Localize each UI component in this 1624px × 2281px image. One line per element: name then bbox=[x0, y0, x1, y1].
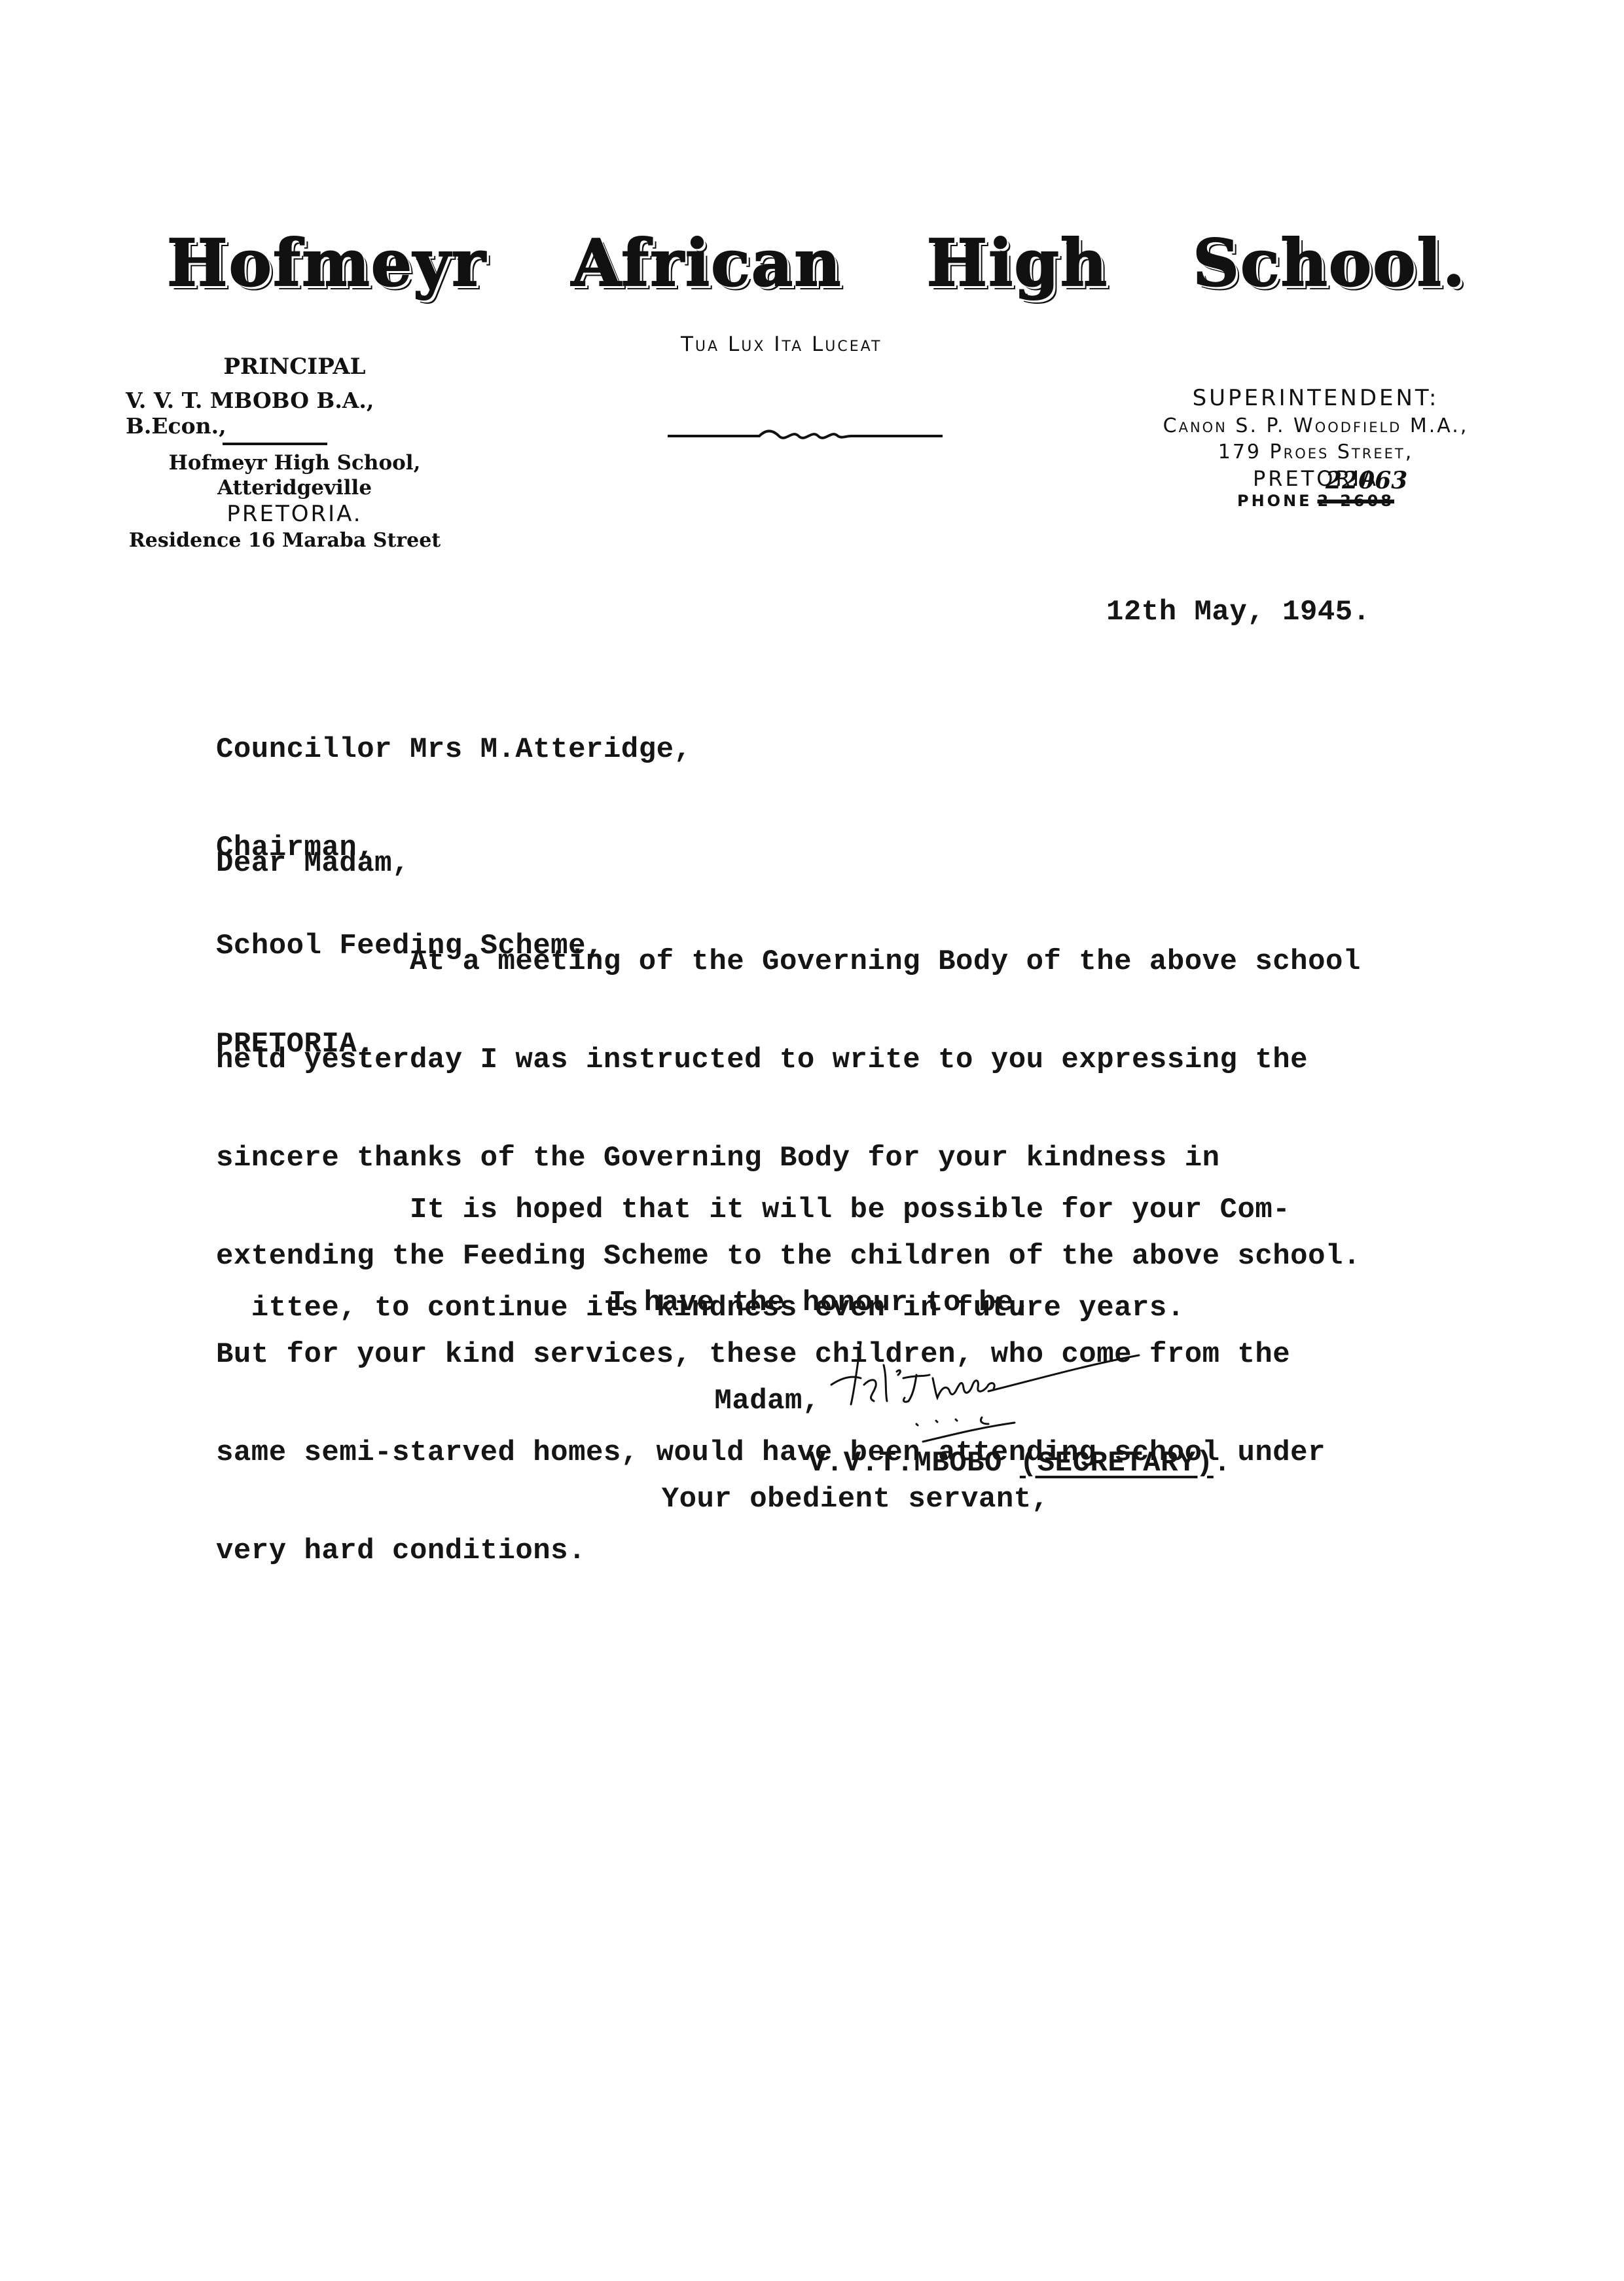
principal-name: V. V. T. MBOBO B.A., B.Econ., bbox=[111, 388, 478, 439]
phone-old-number: 2-2608 bbox=[1318, 492, 1394, 510]
closing-line: I have the honour to be, bbox=[609, 1286, 1049, 1319]
letter-date: 12th May, 1945. bbox=[1106, 596, 1371, 629]
principal-residence: Residence 16 Maraba Street bbox=[111, 528, 478, 554]
superintendent-phone: PHONE2-2608 22063 bbox=[1126, 492, 1506, 510]
masthead-word: School. bbox=[1193, 226, 1466, 301]
signatory-role: (SECRETARY) bbox=[1020, 1447, 1214, 1480]
signatory-line: V.V.T.MBOBO (SECRETARY). bbox=[808, 1447, 1231, 1480]
principal-rule bbox=[223, 443, 327, 445]
flourish-divider-icon bbox=[668, 426, 943, 445]
principal-address-line: Atteridgeville bbox=[111, 475, 478, 500]
salutation: Dear Madam, bbox=[216, 847, 410, 880]
superintendent-block: SUPERINTENDENT: Canon S. P. Woodfield M.… bbox=[1126, 383, 1506, 510]
masthead-word: Hofmeyr bbox=[167, 226, 487, 301]
principal-city: PRETORIA. bbox=[111, 500, 478, 528]
body-line: held yesterday I was instructed to write… bbox=[216, 1044, 1361, 1076]
masthead-word: African bbox=[571, 226, 842, 301]
closing-line: Your obedient servant, bbox=[609, 1483, 1049, 1516]
principal-block: PRINCIPAL V. V. T. MBOBO B.A., B.Econ., … bbox=[111, 354, 478, 554]
superintendent-city: PRETORIA bbox=[1126, 465, 1506, 492]
addressee-line: Councillor Mrs M.Atteridge, bbox=[216, 733, 691, 766]
phone-label: PHONE bbox=[1237, 492, 1312, 510]
handwritten-signature-icon bbox=[825, 1339, 1191, 1450]
principal-title: PRINCIPAL bbox=[111, 354, 478, 380]
body-line: At a meeting of the Governing Body of th… bbox=[216, 945, 1361, 978]
superintendent-title: SUPERINTENDENT: bbox=[1126, 383, 1506, 413]
phone-handwritten-number: 22063 bbox=[1326, 467, 1407, 494]
school-masthead: Hofmeyr African High School. bbox=[167, 226, 1466, 311]
signatory-end: . bbox=[1214, 1447, 1231, 1480]
superintendent-name: Canon S. P. Woodfield M.A., bbox=[1126, 413, 1506, 439]
masthead-word: High bbox=[927, 226, 1109, 301]
superintendent-address: 179 Proes Street, bbox=[1126, 439, 1506, 465]
signatory-name: V.V.T.MBOBO bbox=[808, 1447, 1020, 1480]
school-motto: Tua Lux Ita Luceat bbox=[681, 333, 1021, 356]
principal-address-line: Hofmeyr High School, bbox=[111, 450, 478, 475]
